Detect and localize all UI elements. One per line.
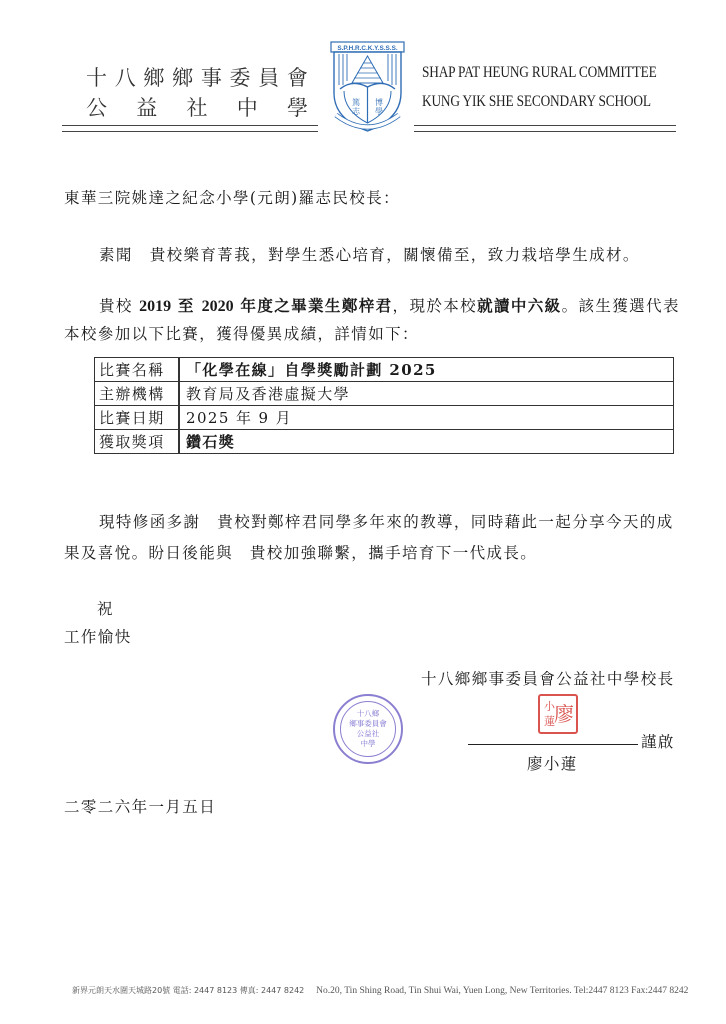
char: 會 <box>287 62 308 92</box>
salutation: 東華三院姚達之紀念小學(元朗)羅志民校長： <box>64 186 400 208</box>
paragraph-2-line1: 貴校 2019 至 2020 年度之畢業生鄭梓君，現於本校就讀中六級。該生獲選代… <box>99 294 680 316</box>
svg-text:學: 學 <box>375 106 383 116</box>
char: 中 <box>237 92 258 122</box>
student-name: 年度之畢業生鄭梓君 <box>234 296 393 315</box>
signoff: 謹啟 <box>641 730 675 752</box>
seal-text: 中學 <box>335 739 401 749</box>
footer-address: 新界元朗天水圍天城路20號 電話: 2447 8123 傳真: 2447 824… <box>72 985 688 996</box>
char: 益 <box>136 92 157 122</box>
closing-wish: 祝 <box>97 597 114 619</box>
char: 社 <box>187 92 208 122</box>
school-name-cn-line2: 公 益 社 中 學 <box>86 92 308 122</box>
closing-phrase: 工作愉快 <box>64 625 132 647</box>
seal-text: 十八鄉 <box>335 709 401 719</box>
table-row: 獲取獎項 鑽石獎 <box>95 430 674 454</box>
char: 八 <box>115 62 136 92</box>
header-rule-right <box>414 125 676 132</box>
text: 至 <box>171 296 202 315</box>
name-seal-icon: 小蓮 廖 <box>538 694 578 734</box>
address-cn: 新界元朗天水圍天城路20號 電話: 2447 8123 傳真: 2447 824… <box>72 986 304 995</box>
school-crest-icon: S.P.H.R.C.K.Y.S.S.S. 篤 志 博 學 <box>330 41 405 133</box>
table-row: 比賽日期 2025 年 9 月 <box>95 406 674 430</box>
address-en: No.20, Tin Shing Road, Tin Shui Wai, Yue… <box>316 986 688 996</box>
school-name-en-line1: SHAP PAT HEUNG RURAL COMMITTEE <box>422 64 657 82</box>
competition-date: 2025 年 9 月 <box>179 406 674 430</box>
char: 事 <box>201 62 222 92</box>
text: 貴校 <box>99 297 139 315</box>
svg-text:S.P.H.R.C.K.Y.S.S.S.: S.P.H.R.C.K.Y.S.S.S. <box>337 45 397 52</box>
table-row: 比賽名稱 「化學在線」自學獎勵計劃 2025 <box>95 358 674 382</box>
paragraph-2-line2: 本校參加以下比賽，獲得優異成績，詳情如下： <box>64 322 419 344</box>
char: 十 <box>86 62 107 92</box>
award: 鑽石獎 <box>179 430 674 454</box>
signer-name: 廖小蓮 <box>527 752 578 774</box>
text: 2019 <box>139 298 171 315</box>
letter-date: 二零二六年一月五日 <box>64 795 216 817</box>
svg-text:篤: 篤 <box>352 97 360 107</box>
row-label: 主辦機構 <box>95 382 180 406</box>
text: 。該生獲選代表 <box>562 297 680 315</box>
seal-text: 廖 <box>554 701 574 727</box>
grade: 就讀中六級 <box>477 296 562 315</box>
paragraph-3-line2: 果及喜悅。盼日後能與 貴校加強聯繫，攜手培育下一代成長。 <box>64 541 537 563</box>
char: 學 <box>287 92 308 122</box>
char: 鄉 <box>172 62 193 92</box>
school-name-cn-line1: 十 八 鄉 鄉 事 委 員 會 <box>86 62 308 92</box>
svg-text:博: 博 <box>375 97 383 107</box>
paragraph-3-line1: 現特修函多謝 貴校對鄭梓君同學多年來的教導，同時藉此一起分享今天的成 <box>99 510 674 532</box>
row-label: 比賽日期 <box>95 406 180 430</box>
char: 員 <box>258 62 279 92</box>
paragraph-1: 素聞 貴校樂育菁莪，對學生悉心培育，關懷備至，致力栽培學生成材。 <box>99 243 640 265</box>
seal-text: 公益社 <box>335 729 401 739</box>
char: 鄉 <box>143 62 164 92</box>
char: 公 <box>86 92 107 122</box>
text: 2020 <box>202 298 234 315</box>
char: 委 <box>230 62 251 92</box>
competition-name: 「化學在線」自學獎勵計劃 2025 <box>179 358 674 382</box>
row-label: 比賽名稱 <box>95 358 180 382</box>
header-rule-left <box>62 125 318 132</box>
school-seal-icon: 十八鄉 鄉事委員會 公益社 中學 <box>333 694 403 764</box>
signer-title: 十八鄉鄉事委員會公益社中學校長 <box>421 667 675 689</box>
row-label: 獲取獎項 <box>95 430 180 454</box>
table-row: 主辦機構 教育局及香港虛擬大學 <box>95 382 674 406</box>
organizer: 教育局及香港虛擬大學 <box>179 382 674 406</box>
school-name-en-line2: KUNG YIK SHE SECONDARY SCHOOL <box>422 93 651 111</box>
seal-text: 鄉事委員會 <box>335 719 401 729</box>
signature-line <box>468 744 638 745</box>
text: ，現於本校 <box>393 297 478 315</box>
competition-table: 比賽名稱 「化學在線」自學獎勵計劃 2025 主辦機構 教育局及香港虛擬大學 比… <box>94 357 674 454</box>
svg-text:志: 志 <box>352 106 361 116</box>
